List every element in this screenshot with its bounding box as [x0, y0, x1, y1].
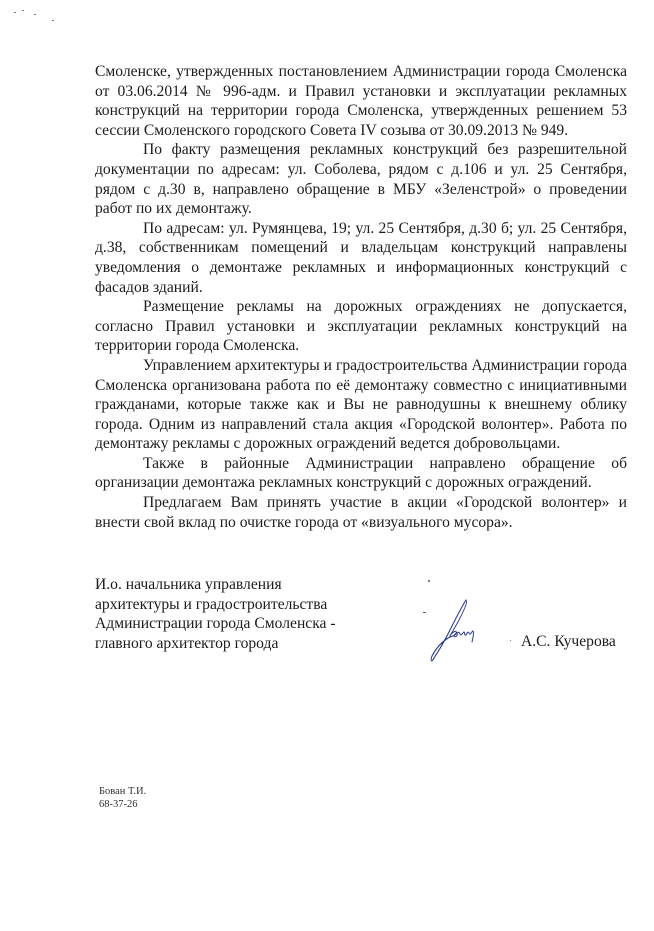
executor-name: Бован Т.И.	[99, 785, 146, 798]
scan-dot	[428, 580, 430, 582]
executor-info: Бован Т.И. 68-37-26	[99, 785, 146, 811]
scan-artifact	[14, 8, 64, 28]
position-line: Администрации города Смоленска -	[95, 614, 336, 634]
position-line: главного архитектор города	[95, 634, 336, 654]
signatory-position: И.о. начальника управления архитектуры и…	[95, 575, 336, 653]
paragraph-legal-basis: Смоленске, утвержденных постановлением А…	[95, 62, 627, 140]
paragraph-zelenstroy-request: По факту размещения рекламных конструкци…	[95, 140, 627, 218]
paragraph-road-barriers-prohibition: Размещение рекламы на дорожных ограждени…	[95, 297, 627, 356]
position-line: И.о. начальника управления	[95, 575, 336, 595]
handwritten-signature	[426, 596, 486, 664]
paragraph-invitation: Предлагаем Вам принять участие в акции «…	[95, 493, 627, 532]
position-line: архитектуры и градостроительства	[95, 595, 336, 615]
paragraph-district-administrations: Также в районные Администрации направлен…	[95, 454, 627, 493]
signer-name: А.С. Кучерова	[521, 632, 616, 652]
paragraph-owner-notifications: По адресам: ул. Румянцева, 19; ул. 25 Се…	[95, 219, 627, 297]
document-page: Смоленске, утвержденных постановлением А…	[0, 0, 654, 931]
executor-phone: 68-37-26	[99, 798, 146, 811]
letter-body: Смоленске, утвержденных постановлением А…	[95, 62, 627, 532]
paragraph-volunteer-work: Управлением архитектуры и градостроитель…	[95, 356, 627, 454]
scan-dot	[510, 640, 511, 641]
